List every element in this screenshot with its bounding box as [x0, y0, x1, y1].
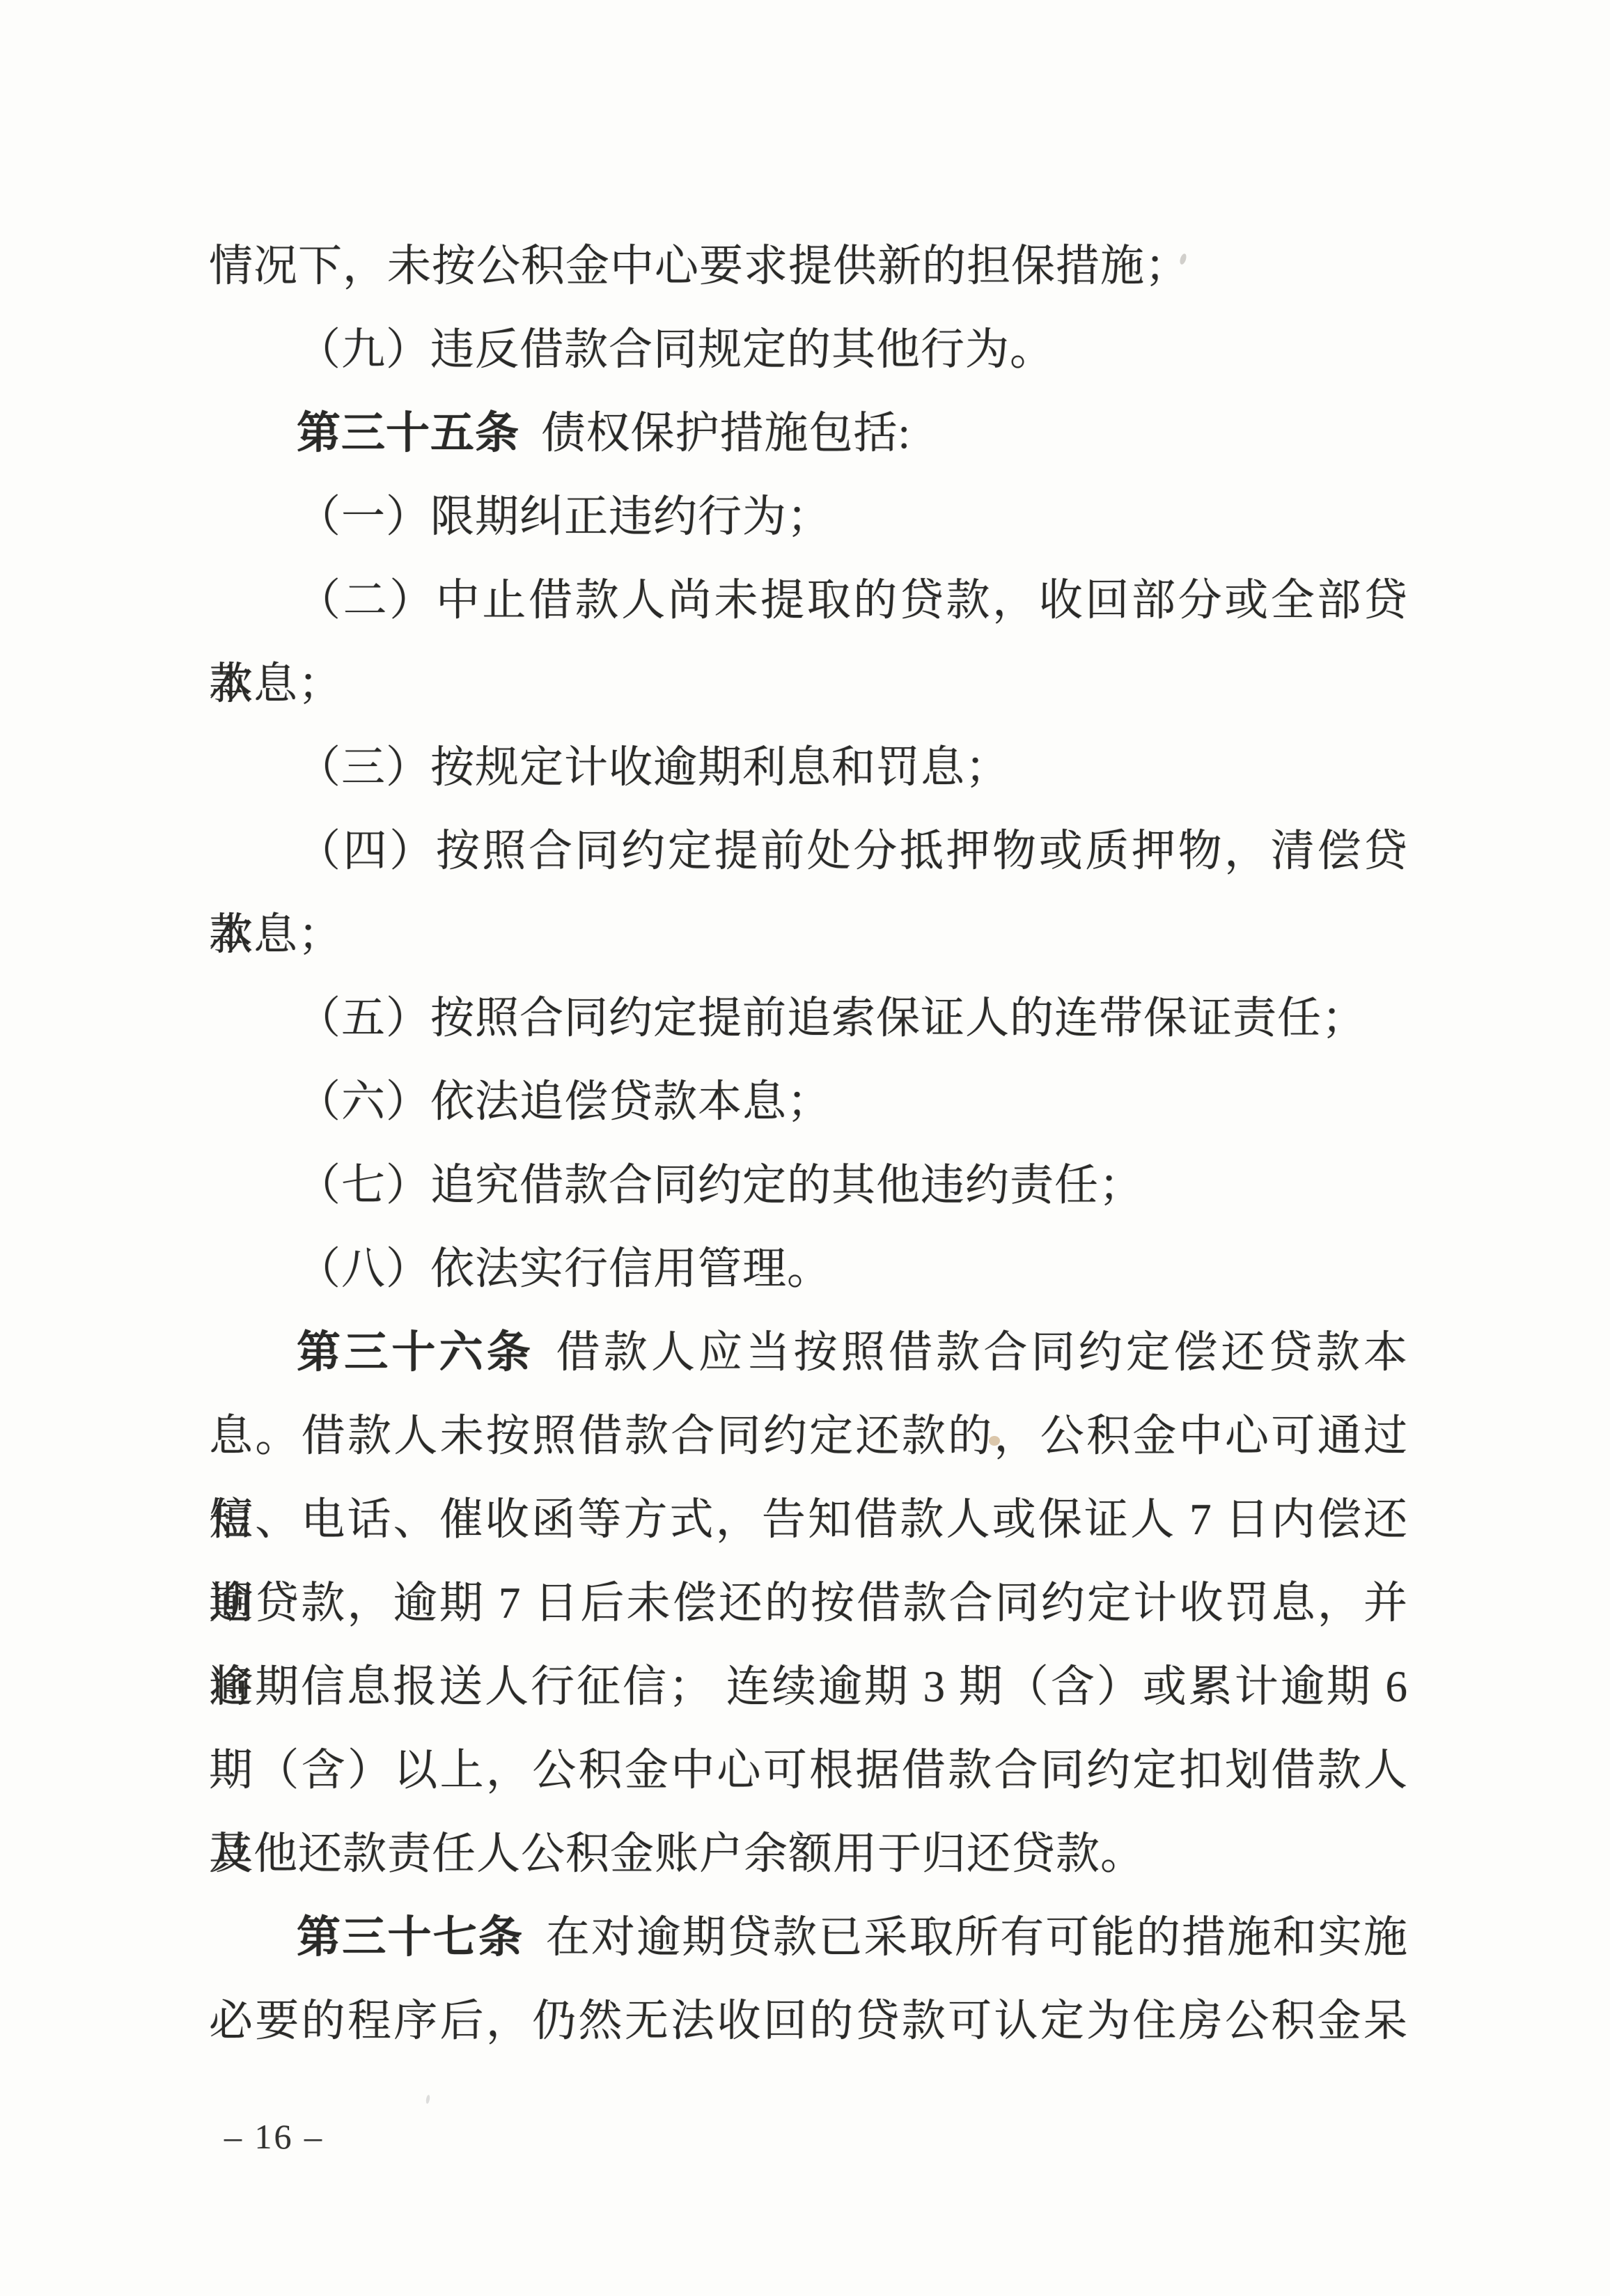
- text-line: （一）限期纠正违约行为；: [209, 475, 1408, 559]
- text-line: （四）按照合同约定提前处分抵押物或质押物，清偿贷款: [209, 809, 1408, 893]
- text-line: 期贷款，逾期 7 日后未偿还的按借款合同约定计收罚息，并将: [209, 1561, 1408, 1645]
- line-text: 借款人应当按照借款合同约定偿还贷款本: [556, 1328, 1408, 1377]
- clause-number: 第三十七条: [297, 1913, 524, 1962]
- text-line: 第三十五条债权保护措施包括:: [209, 391, 1408, 475]
- scan-speck: [425, 2095, 430, 2104]
- text-line: 第三十六条借款人应当按照借款合同约定偿还贷款本: [209, 1311, 1408, 1394]
- line-text: 情况下，未按公积金中心要求提供新的担保措施；: [209, 242, 1189, 290]
- line-text: （一）限期纠正违约行为；: [297, 492, 831, 541]
- line-text: （三）按规定计收逾期利息和罚息；: [297, 743, 1010, 792]
- text-line: 第三十七条在对逾期贷款已采取所有可能的措施和实施: [209, 1896, 1408, 1979]
- text-line: （七）追究借款合同约定的其他违约责任；: [209, 1143, 1408, 1227]
- clause-number: 第三十六条: [297, 1328, 534, 1377]
- text-line: （五）按照合同约定提前追索保证人的连带保证责任；: [209, 976, 1408, 1060]
- text-line: 逾期信息报送人行征信； 连续逾期 3 期（含）或累计逾期 6: [209, 1645, 1408, 1728]
- line-text: 逾期信息报送人行征信； 连续逾期 3 期（含）或累计逾期 6: [209, 1662, 1408, 1711]
- text-line: 期（含）以上，公积金中心可根据借款合同约定扣划借款人及: [209, 1728, 1408, 1812]
- line-text: 本息；: [209, 659, 343, 708]
- line-text: 其他还款责任人公积金账户余额用于归还贷款。: [209, 1829, 1145, 1878]
- text-line: 必要的程序后，仍然无法收回的贷款可认定为住房公积金呆: [209, 1979, 1408, 2063]
- text-line: 情况下，未按公积金中心要求提供新的担保措施；: [209, 224, 1408, 308]
- text-line: （九）违反借款合同规定的其他行为。: [209, 308, 1408, 391]
- text-line: 息。借款人未按照借款合同约定还款的，公积金中心可通过短: [209, 1394, 1408, 1478]
- clause-number: 第三十五条: [297, 409, 519, 458]
- line-text: （八）依法实行信用管理。: [297, 1244, 831, 1293]
- line-text: 债权保护措施包括:: [542, 409, 912, 458]
- scan-speck: [989, 1436, 1000, 1446]
- text-line: （八）依法实行信用管理。: [209, 1227, 1408, 1311]
- text-line: 本息；: [209, 893, 1408, 976]
- line-text: （五）按照合同约定提前追索保证人的连带保证责任；: [297, 994, 1366, 1042]
- text-line: （三）按规定计收逾期利息和罚息；: [209, 726, 1408, 809]
- text-line: 信、电话、催收函等方式，告知借款人或保证人 7 日内偿还逾: [209, 1478, 1408, 1561]
- text-line: （二）中止借款人尚未提取的贷款，收回部分或全部贷款: [209, 559, 1408, 642]
- text-line: （六）依法追偿贷款本息；: [209, 1060, 1408, 1143]
- line-text: 必要的程序后，仍然无法收回的贷款可认定为住房公积金呆: [209, 1997, 1408, 2045]
- line-text: （七）追究借款合同约定的其他违约责任；: [297, 1161, 1143, 1210]
- line-text: （六）依法追偿贷款本息；: [297, 1077, 831, 1126]
- text-line: 其他还款责任人公积金账户余额用于归还贷款。: [209, 1812, 1408, 1896]
- document-page: 情况下，未按公积金中心要求提供新的担保措施；（九）违反借款合同规定的其他行为。第…: [0, 0, 1610, 2296]
- page-number: – 16 –: [224, 2116, 324, 2157]
- text-line: 本息；: [209, 642, 1408, 726]
- line-text: （九）违反借款合同规定的其他行为。: [297, 325, 1054, 374]
- line-text: 在对逾期贷款已采取所有可能的措施和实施: [546, 1913, 1408, 1962]
- document-text: 情况下，未按公积金中心要求提供新的担保措施；（九）违反借款合同规定的其他行为。第…: [209, 224, 1408, 2063]
- line-text: 本息；: [209, 910, 343, 959]
